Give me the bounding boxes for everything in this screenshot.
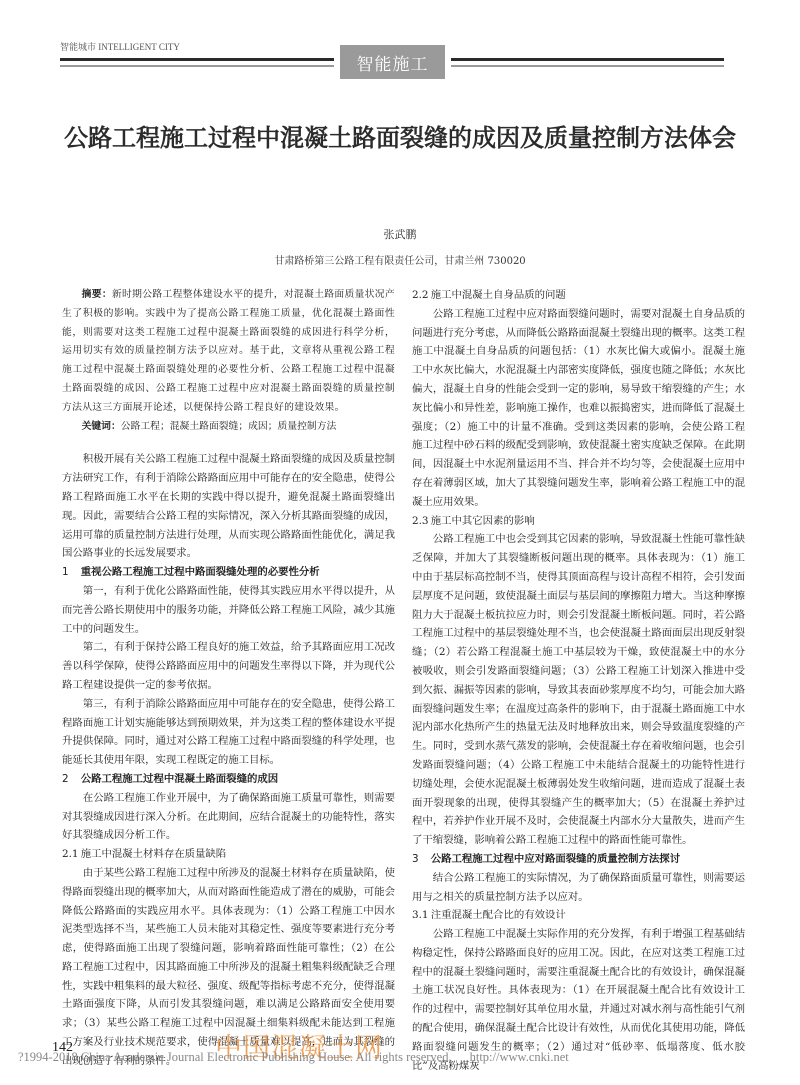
- paragraph: 公路工程施工中也会受到其它因素的影响，导致混凝土性能可靠性缺乏保障，并加大了其裂…: [412, 530, 745, 850]
- header-rule-right-thin: [451, 65, 724, 67]
- affiliation: 甘肃路桥第三公路工程有限责任公司，甘肃兰州 730020: [0, 252, 800, 267]
- spacer: [62, 436, 395, 450]
- section-heading-2: 2公路工程施工过程中混凝土路面裂缝的成因: [62, 770, 395, 789]
- subsection-heading-2-3: 2.3施工中其它因素的影响: [412, 512, 745, 531]
- running-head: 智能城市 INTELLIGENT CITY: [60, 40, 180, 53]
- abstract: 摘要：新时期公路工程整体建设水平的提升，对混凝土路面质量状况产生了积极的影响。实…: [62, 286, 395, 418]
- footer-copyright: ?1994-2018 China Academic Journal Electr…: [18, 1050, 569, 1065]
- author: 张武鹏: [0, 226, 800, 242]
- article-title: 公路工程施工过程中混凝土路面裂缝的成因及质量控制方法体会: [60, 120, 740, 157]
- keywords-text: 公路工程；混凝土路面裂缝；成因；质量控制方法: [121, 421, 337, 432]
- abstract-text: 新时期公路工程整体建设水平的提升，对混凝土路面质量状况产生了积极的影响。实践中为…: [62, 289, 395, 413]
- header-rule-left: [60, 58, 334, 61]
- abstract-label: 摘要：: [82, 289, 112, 300]
- subsection-heading-3-1: 3.1注重混凝土配合比的有效设计: [412, 906, 745, 925]
- header-rule-right: [451, 58, 724, 61]
- paragraph: 在公路工程施工作业开展中，为了确保路面施工质量可靠性，则需要对其裂缝成因进行深入…: [62, 789, 395, 845]
- paragraph: 公路工程施工过程中应对路面裂缝问题时，需要对混凝土自身品质的问题进行充分考虑，从…: [412, 305, 745, 512]
- left-column: 摘要：新时期公路工程整体建设水平的提升，对混凝土路面质量状况产生了积极的影响。实…: [62, 286, 395, 1071]
- subsection-heading-2-2: 2.2施工中混凝土自身品质的问题: [412, 286, 745, 305]
- copyright-text: ?1994-2018 China Academic Journal Electr…: [18, 1050, 452, 1064]
- keywords: 关键词：公路工程；混凝土路面裂缝；成因；质量控制方法: [62, 418, 395, 437]
- header-rule-left-thin: [60, 65, 334, 67]
- paragraph: 第二，有利于保持公路工程良好的施工效益，给予其路面应用工况改善以科学保障，使得公…: [62, 638, 395, 694]
- paragraph: 结合公路工程施工的实际情况，为了确保路面质量可靠性，则需要运用与之相关的质量控制…: [412, 869, 745, 907]
- subsection-heading-2-1: 2.1施工中混凝土材料存在质量缺陷: [62, 845, 395, 864]
- section-heading-1: 1重视公路工程施工过程中路面裂缝处理的必要性分析: [62, 563, 395, 582]
- keywords-label: 关键词：: [82, 421, 121, 432]
- section-badge: 智能施工: [340, 45, 445, 79]
- intro-paragraph: 积极开展有关公路工程施工过程中混凝土路面裂缝的成因及质量控制方法研究工作，有利于…: [62, 450, 395, 563]
- footer-url-link[interactable]: http://www.cnki.net: [470, 1050, 569, 1064]
- paragraph: 第三，有利于消除公路路面应用中可能存在的安全隐患，使得公路工程路面施工计划实施能…: [62, 695, 395, 770]
- paragraph: 第一，有利于优化公路路面性能，使得其实践应用水平得以提升，从而完善公路长期使用中…: [62, 582, 395, 638]
- right-column: 2.2施工中混凝土自身品质的问题 公路工程施工过程中应对路面裂缝问题时，需要对混…: [412, 286, 745, 1075]
- section-heading-3: 3公路工程施工过程中应对路面裂缝的质量控制方法探讨: [412, 850, 745, 869]
